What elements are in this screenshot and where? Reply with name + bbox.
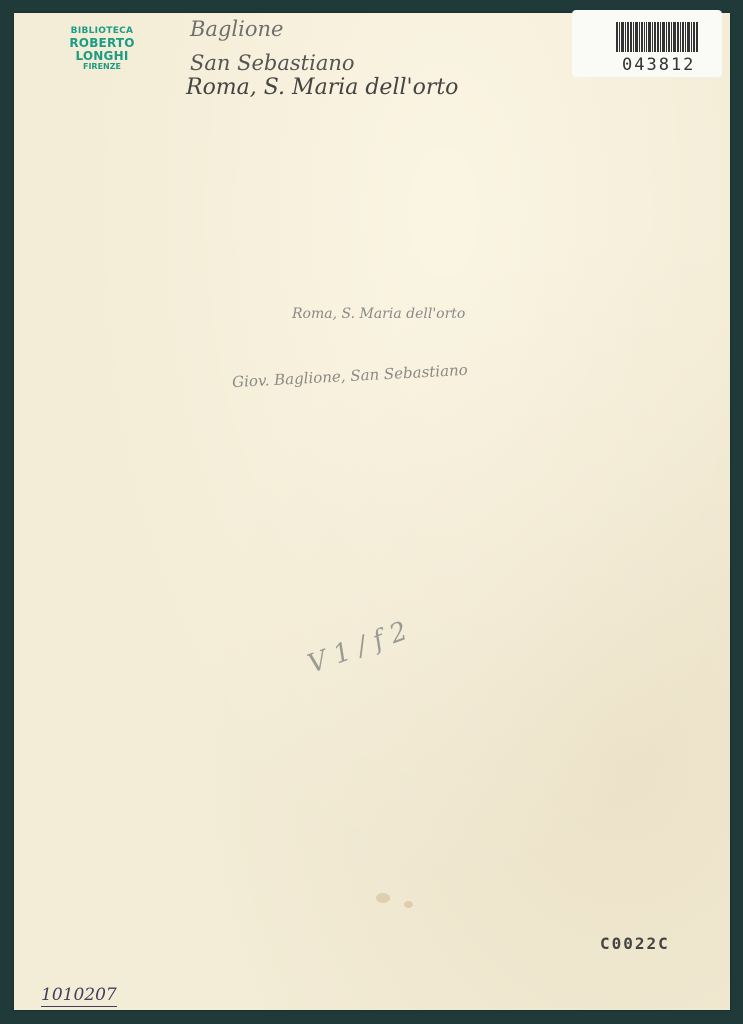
library-stamp: BIBLIOTECA ROBERTO LONGHI FIRENZE <box>42 27 162 72</box>
handwritten-subject: San Sebastiano <box>190 51 355 75</box>
barcode-label: 043812 <box>572 10 722 77</box>
pencil-shelf-mark: V 1 / f 2 <box>304 616 411 680</box>
pencil-attribution: Giov. Baglione, San Sebastiano <box>232 361 468 391</box>
stamp-line-3: FIRENZE <box>42 63 162 72</box>
stain <box>404 901 413 908</box>
handwritten-artist: Baglione <box>190 17 283 41</box>
handwritten-location: Roma, S. Maria dell'orto <box>186 75 458 100</box>
stain <box>376 893 390 903</box>
inventory-number: 1010207 <box>41 985 117 1007</box>
pencil-location: Roma, S. Maria dell'orto <box>292 306 465 322</box>
photo-back-card: BIBLIOTECA ROBERTO LONGHI FIRENZE 043812… <box>14 13 730 1010</box>
stamped-number: C0022C <box>600 934 670 953</box>
barcode-number: 043812 <box>622 55 695 75</box>
stamp-line-2: ROBERTO LONGHI <box>42 37 162 63</box>
